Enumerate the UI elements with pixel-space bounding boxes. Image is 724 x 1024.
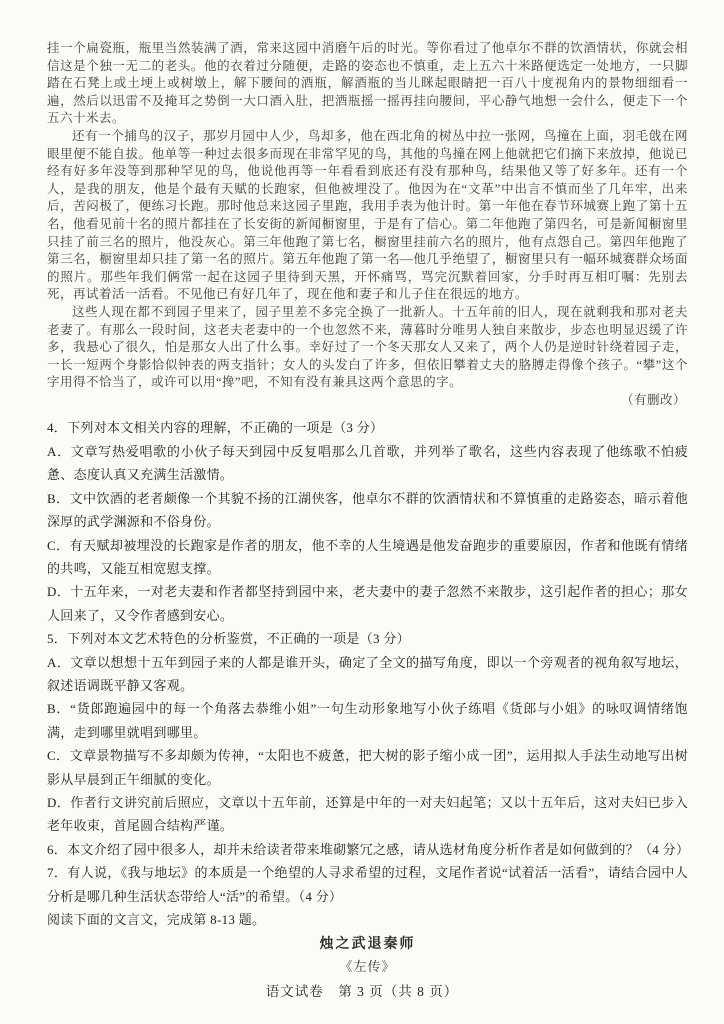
question-4-option-c: C．有天赋却被埋没的长跑家是作者的朋友，他不幸的人生境遇是他发奋跑步的重要原因，… xyxy=(47,534,688,581)
question-section: 4．下列对本文相关内容的理解，不正确的一项是（3 分） A．文章写热爱唱歌的小伙… xyxy=(47,416,688,931)
question-5-option-a: A．文章以想想十五年到园子来的人都是谁开头，确定了全文的描写角度，即以一个旁观者… xyxy=(47,651,688,698)
page-footer: 语文试卷 第 3 页（共 8 页） xyxy=(0,980,724,1000)
question-4-option-d: D．十五年来，一对老夫妻和作者都坚持到园中来，老夫妻中的妻子忽然不来散步，这引起… xyxy=(47,580,688,627)
question-5-stem: 5．下列对本文艺术特色的分析鉴赏，不正确的一项是（3 分） xyxy=(47,627,688,650)
classical-text-instruction: 阅读下面的文言文，完成第 8-13 题。 xyxy=(47,908,688,931)
question-4-option-b: B．文中饮酒的老者颇像一个其貌不扬的江湖侠客，他卓尔不群的饮酒情状和不算慎重的走… xyxy=(47,487,688,534)
question-4-option-a: A．文章写热爱唱歌的小伙子每天到园中反复唱那么几首歌，并列举了歌名，这些内容表现… xyxy=(47,440,688,487)
question-5-option-c: C．文章景物描写不多却颇为传神，“太阳也不疲惫，把大树的影子缩小成一团”，运用拟… xyxy=(47,744,688,791)
question-7-stem: 7．有人说，《我与地坛》的本质是一个绝望的人寻求希望的过程，文尾作者说“试着活一… xyxy=(47,861,688,908)
edit-note: （有删改） xyxy=(47,392,688,410)
exam-page: 挂一个扁瓷瓶，瓶里当然装满了酒，常来这园中消磨午后的时光。等你看过了他卓尔不群的… xyxy=(0,0,724,1024)
question-4-stem: 4．下列对本文相关内容的理解，不正确的一项是（3 分） xyxy=(47,416,688,439)
reading-passage: 挂一个扁瓷瓶，瓶里当然装满了酒，常来这园中消磨午后的时光。等你看过了他卓尔不群的… xyxy=(47,40,688,409)
question-4: 4．下列对本文相关内容的理解，不正确的一项是（3 分） A．文章写热爱唱歌的小伙… xyxy=(47,416,688,627)
passage-paragraph-2: 还有一个捕鸟的汉子，那岁月园中人少，鸟却多，他在西北角的树丛中拉一张网，鸟撞在上… xyxy=(47,128,688,304)
classical-text-title: 烛之武退秦师 xyxy=(47,933,688,953)
passage-paragraph-1: 挂一个扁瓷瓶，瓶里当然装满了酒，常来这园中消磨午后的时光。等你看过了他卓尔不群的… xyxy=(47,40,688,128)
question-6: 6．本文介绍了园中很多人，却并未给读者带来堆砌繁冗之感，请从选材角度分析作者是如… xyxy=(47,838,688,861)
question-7: 7．有人说，《我与地坛》的本质是一个绝望的人寻求希望的过程，文尾作者说“试着活一… xyxy=(47,861,688,908)
page-content: 挂一个扁瓷瓶，瓶里当然装满了酒，常来这园中消磨午后的时光。等你看过了他卓尔不群的… xyxy=(47,40,688,975)
question-5-option-d: D．作者行文讲究前后照应，文章以十五年前，还算是中年的一对夫妇起笔；又以十五年后… xyxy=(47,791,688,838)
question-5-option-b: B．“货郎跑遍园中的每一个角落去恭维小姐”一句生动形象地写小伙子练唱《货郎与小姐… xyxy=(47,697,688,744)
passage-paragraph-3: 这些人现在都不到园子里来了，园子里差不多完全换了一批新人。十五年前的旧人，现在就… xyxy=(47,304,688,392)
classical-text-source: 《左传》 xyxy=(47,956,688,975)
question-5: 5．下列对本文艺术特色的分析鉴赏，不正确的一项是（3 分） A．文章以想想十五年… xyxy=(47,627,688,838)
question-6-stem: 6．本文介绍了园中很多人，却并未给读者带来堆砌繁冗之感，请从选材角度分析作者是如… xyxy=(47,838,688,861)
